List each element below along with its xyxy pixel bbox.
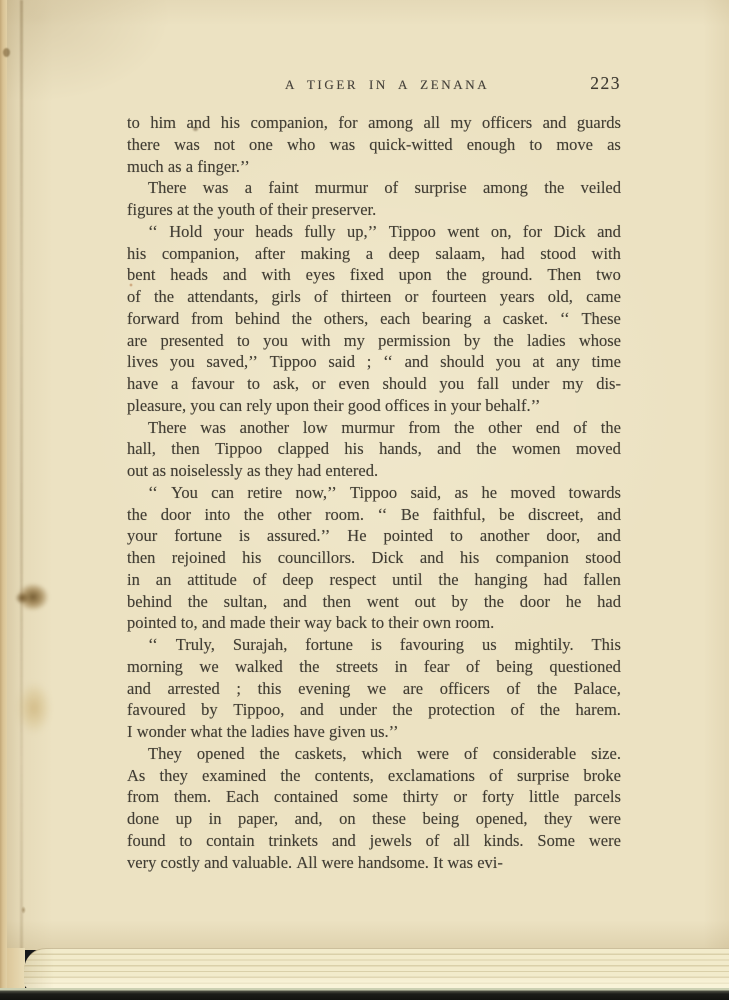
text-line: andarrested;thiseveningweareofficersofth…	[127, 678, 621, 700]
text-line: forwardfrombehindtheothers,eachbearingac…	[127, 308, 621, 330]
edge-speck	[3, 48, 10, 57]
text-line: outasnoiselesslyastheyhadentered.	[127, 460, 621, 482]
stain-dark-core	[15, 592, 29, 604]
stain-light	[17, 682, 51, 734]
edge-nick	[21, 906, 26, 914]
text-line: tohimandhiscompanion,foramongallmyoffice…	[127, 112, 621, 134]
text-line: fromthem.Eachcontainedsomethirtyorfortyl…	[127, 786, 621, 808]
text-line: muchasafinger.’’	[127, 156, 621, 178]
paragraph: Therewasanotherlowmurmurfromtheotherendo…	[127, 417, 621, 482]
page-header-title: A TIGER IN A ZENANA	[285, 77, 489, 93]
text-line: Astheyexaminedthecontents,exclamationsof…	[127, 765, 621, 787]
text-line: ‘‘Holdyourheadsfullyup,’’Tippoowenton,fo…	[127, 221, 621, 243]
text-line: Therewasafaintmurmurofsurpriseamongtheve…	[127, 177, 621, 199]
text-line: bentheadsandwitheyesfixedupontheground.T…	[127, 264, 621, 286]
paragraph: Therewasafaintmurmurofsurpriseamongtheve…	[127, 177, 621, 221]
page-number: 223	[590, 73, 621, 94]
paragraph: ‘‘Youcanretirenow,’’Tippoosaid,ashemoved…	[127, 482, 621, 634]
text-line: figuresattheyouthoftheirpreserver.	[127, 199, 621, 221]
paragraph: ‘‘Holdyourheadsfullyup,’’Tippoowenton,fo…	[127, 221, 621, 417]
text-line: hall,thenTippooclappedhishands,andthewom…	[127, 438, 621, 460]
paragraph: ‘‘Truly,Surajah,fortuneisfavouringusmigh…	[127, 634, 621, 743]
text-line: ‘‘Truly,Surajah,fortuneisfavouringusmigh…	[127, 634, 621, 656]
text-line: ‘‘Youcanretirenow,’’Tippoosaid,ashemoved…	[127, 482, 621, 504]
book-page: A TIGER IN A ZENANA 223 tohimandhiscompa…	[7, 0, 729, 950]
text-line: thenrejoinedhiscouncillors.Dickandhiscom…	[127, 547, 621, 569]
text-line: pleasure,youcanrelyupontheirgoodofficesi…	[127, 395, 621, 417]
paragraph: Theyopenedthecaskets,whichwereofconsider…	[127, 743, 621, 874]
page-crease	[20, 0, 23, 950]
text-line: hiscompanion,aftermakingadeepsalaam,hads…	[127, 243, 621, 265]
paragraph: tohimandhiscompanion,foramongallmyoffice…	[127, 112, 621, 177]
text-line: Therewasanotherlowmurmurfromtheotherendo…	[127, 417, 621, 439]
text-line: pointedto,andmadetheirwaybacktotheirownr…	[127, 612, 621, 634]
text-line: verycostlyandvaluable.Allwerehandsome.It…	[127, 852, 621, 874]
text-line: oftheattendants,girlsofthirteenorfourtee…	[127, 286, 621, 308]
text-line: arepresentedtoyouwithmypermissionbythela…	[127, 330, 621, 352]
text-line: inanattitudeofdeeprespectuntilthehanging…	[127, 569, 621, 591]
page-stack-edges	[24, 948, 729, 990]
text-line: haveafavourtoask,orevenshouldyoufallunde…	[127, 373, 621, 395]
text-line: favouredbyTippoo,andundertheprotectionof…	[127, 699, 621, 721]
text-line: foundtocontaintrinketsandjewelsofallkind…	[127, 830, 621, 852]
book-cover-edge	[0, 988, 729, 1000]
text-line: therewasnotonewhowasquick-wittedenoughto…	[127, 134, 621, 156]
running-header: A TIGER IN A ZENANA 223	[127, 73, 621, 95]
text-line: yourfortuneisassured.’’Hepointedtoanothe…	[127, 525, 621, 547]
text-line: thedoorintotheotherroom.‘‘Befaithful,bed…	[127, 504, 621, 526]
body-text: tohimandhiscompanion,foramongallmyoffice…	[127, 112, 621, 873]
text-line: Iwonderwhattheladieshavegivenus.’’	[127, 721, 621, 743]
page-stack-shadow	[7, 948, 25, 990]
book-photo: A TIGER IN A ZENANA 223 tohimandhiscompa…	[0, 0, 729, 1000]
text-line: livesyousaved,’’Tippoosaid;‘‘andshouldyo…	[127, 351, 621, 373]
text-line: Theyopenedthecaskets,whichwereofconsider…	[127, 743, 621, 765]
text-line: morningwewalkedthestreetsinfearofbeingqu…	[127, 656, 621, 678]
text-line: behindthesultan,andthenwentoutbythedoorh…	[127, 591, 621, 613]
text-line: doneupinpaper,and,onthesebeingopened,the…	[127, 808, 621, 830]
